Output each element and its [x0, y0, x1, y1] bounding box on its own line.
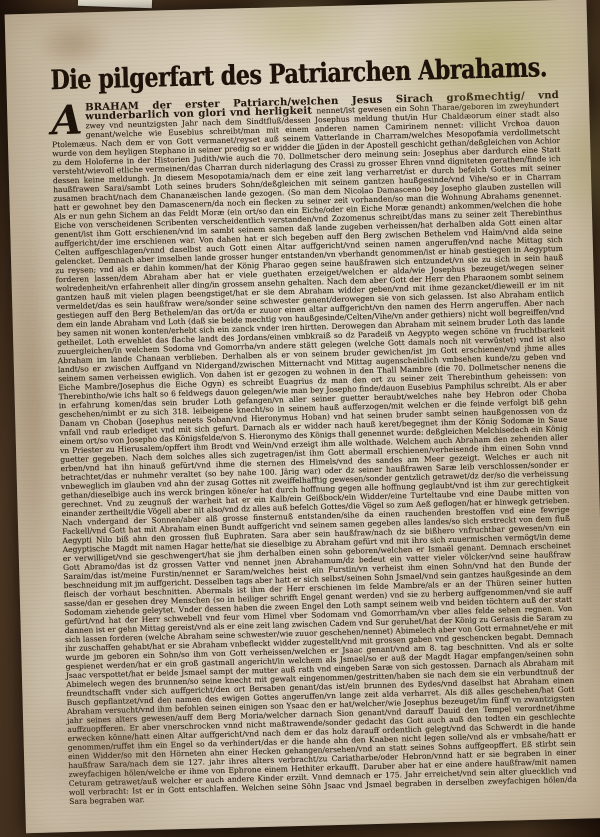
page-title: Die pilgerfart des Patriarchen Abrahams.	[50, 54, 492, 97]
page-edge-sliver	[78, 0, 152, 8]
drop-cap-initial: A	[51, 103, 86, 137]
body-text: ABRAHAM der erster Patriarch/welchen Jes…	[51, 91, 577, 806]
book-photo: Die pilgerfart des Patriarchen Abrahams.…	[0, 0, 600, 837]
manuscript-page: Die pilgerfart des Patriarchen Abrahams.…	[5, 0, 600, 833]
body-main-text: nennet/ist gewesen ein Sohn Tharae/gebor…	[52, 100, 577, 806]
stain-brown-top-left	[33, 18, 114, 70]
